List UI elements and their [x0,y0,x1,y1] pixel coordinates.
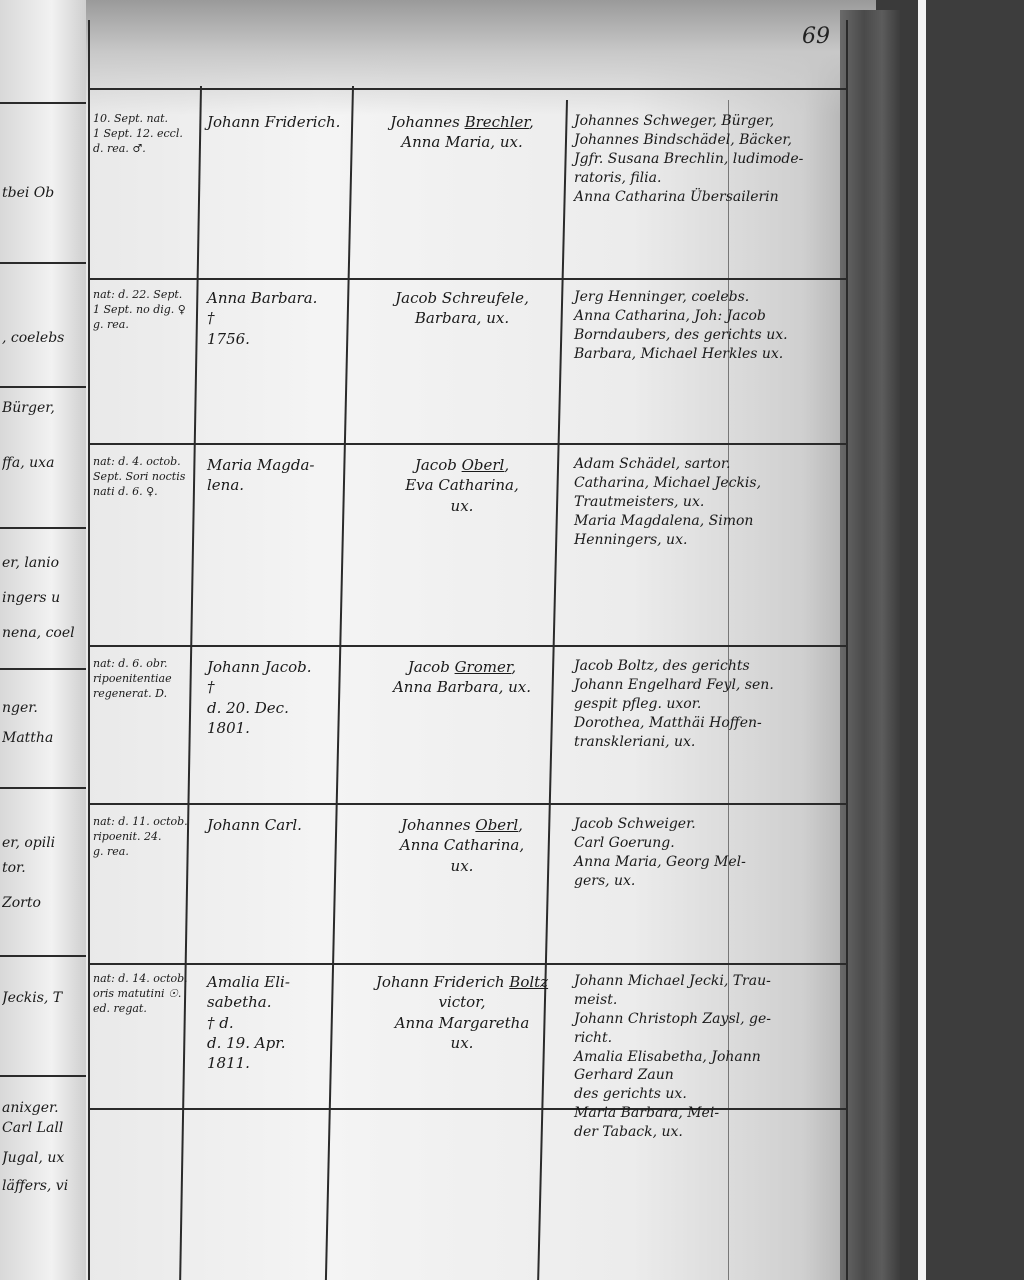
handwritten-line: transkleriani, ux. [574,733,842,752]
left-page-fragment: , coelebs [2,330,86,346]
entry-parents: Johannes Oberl,Anna Catharina,ux. [362,815,562,876]
handwritten-line: Maria Magda- [207,455,349,475]
handwritten-line: 1756. [207,329,349,349]
handwritten-line: richt. [574,1029,842,1048]
page-top-shadow [86,0,876,115]
handwritten-line: ux. [362,856,562,876]
handwritten-line: Barbara, ux. [362,308,562,328]
left-page-fragment: er, opili [2,835,86,851]
handwritten-line: Jacob Oberl, [362,455,562,475]
left-rule [0,262,86,264]
handwritten-line: † [207,308,349,328]
entry-godparents: Jerg Henninger, coelebs.Anna Catharina, … [574,288,842,364]
left-page-fragment: läffers, vi [2,1178,86,1194]
handwritten-line: 1 Sept. 12. eccl. [93,127,198,142]
handwritten-line: Johann Christoph Zaysl, ge- [574,1010,842,1029]
handwritten-line: d. rea. ♂. [93,142,198,157]
handwritten-line: 1 Sept. no dig. ♀ [93,303,198,318]
handwritten-line: Henningers, ux. [574,531,842,550]
handwritten-line: sabetha. [207,992,349,1012]
handwritten-line: der Taback, ux. [574,1123,842,1142]
handwritten-line: Jgfr. Susana Brechlin, ludimode- [574,150,842,169]
handwritten-line: gers, ux. [574,872,842,891]
handwritten-line: Anna Catharina, [362,835,562,855]
handwritten-line: ripoenit. 24. [93,830,198,845]
handwritten-line: Borndaubers, des gerichts ux. [574,326,842,345]
handwritten-line: Johannes Brechler, [362,112,562,132]
left-rule [0,1075,86,1077]
entry-child: Amalia Eli-sabetha.† d.d. 19. Apr.1811. [207,972,349,1073]
handwritten-line: 1811. [207,1053,349,1073]
entry-parents: Johann Friderich Boltzvictor,Anna Margar… [362,972,562,1053]
handwritten-line: g. rea. [93,318,198,333]
left-page-fragment: Jeckis, T [2,990,86,1006]
handwritten-line: Maria Barbara, Mei- [574,1104,842,1123]
entry-parents: Jacob Oberl,Eva Catharina,ux. [362,455,562,516]
left-page-fragment: nena, coel [2,625,86,641]
header-rule [88,88,848,90]
handwritten-line: lena. [207,475,349,495]
entry-godparents: Adam Schädel, sartor.Catharina, Michael … [574,455,842,549]
left-page-fragment: Jugal, ux [2,1150,86,1166]
left-rule [0,668,86,670]
row-rule [88,645,848,647]
handwritten-line: Anna Margaretha [362,1013,562,1033]
left-page-fragment: er, lanio [2,555,86,571]
handwritten-line: Eva Catharina, [362,475,562,495]
left-rule [0,527,86,529]
handwritten-line: Anna Maria, ux. [362,132,562,152]
handwritten-line: nat: d. 4. octob. [93,455,198,470]
handwritten-line: 1801. [207,718,349,738]
handwritten-line: † [207,677,349,697]
entry-child: Anna Barbara.†1756. [207,288,349,349]
handwritten-line: des gerichts ux. [574,1085,842,1104]
handwritten-line: d. 20. Dec. [207,698,349,718]
left-page-fragment: Carl Lall [2,1120,86,1136]
entry-parents: Johannes Brechler,Anna Maria, ux. [362,112,562,153]
handwritten-line: Sept. Sori noctis [93,470,198,485]
handwritten-line: 10. Sept. nat. [93,112,198,127]
handwritten-line: Jacob Schreufele, [362,288,562,308]
entry-godparents: Johann Michael Jecki, Trau-meist.Johann … [574,972,842,1142]
handwritten-line: Johann Engelhard Feyl, sen. [574,676,842,695]
entry-date: nat: d. 6. obr.ripoenitentiaeregenerat. … [93,657,198,702]
page-number: 69 [802,24,830,49]
handwritten-line: nat: d. 6. obr. [93,657,198,672]
entry-child: Johann Jacob.†d. 20. Dec.1801. [207,657,349,738]
handwritten-line: nati d. 6. ♀. [93,485,198,500]
left-page-fragment: ffa, uxa [2,455,86,471]
entry-parents: Jacob Gromer,Anna Barbara, ux. [362,657,562,698]
handwritten-line: Dorothea, Matthäi Hoffen- [574,714,842,733]
handwritten-line: Johannes Oberl, [362,815,562,835]
handwritten-line: Johannes Schweger, Bürger, [574,112,842,131]
handwritten-line: Amalia Eli- [207,972,349,992]
left-rule [0,386,86,388]
handwritten-line: Johann Jacob. [207,657,349,677]
handwritten-line: regenerat. D. [93,687,198,702]
handwritten-line: ratoris, filia. [574,169,842,188]
handwritten-line: Trautmeisters, ux. [574,493,842,512]
left-rule [0,955,86,957]
handwritten-line: gespit pfleg. uxor. [574,695,842,714]
handwritten-line: nat: d. 14. octob. [93,972,198,987]
handwritten-line: Anna Barbara. [207,288,349,308]
handwritten-line: Anna Catharina, Joh: Jacob [574,307,842,326]
entry-godparents: Johannes Schweger, Bürger,Johannes Binds… [574,112,842,206]
handwritten-line: Adam Schädel, sartor. [574,455,842,474]
left-page-fragment: anixger. [2,1100,86,1116]
handwritten-line: ux. [362,496,562,516]
handwritten-line: Johann Michael Jecki, Trau- [574,972,842,991]
handwritten-line: nat: d. 22. Sept. [93,288,198,303]
entry-child: Johann Friderich. [207,112,349,132]
entry-date: nat: d. 11. octob.ripoenit. 24.g. rea. [93,815,198,860]
entry-child: Maria Magda-lena. [207,455,349,496]
handwritten-line: Barbara, Michael Herkles ux. [574,345,842,364]
handwritten-line: oris matutini ☉. [93,987,198,1002]
row-rule [88,963,848,965]
scan-gap [918,0,926,1280]
left-page-fragment: Mattha [2,730,86,746]
entry-parents: Jacob Schreufele,Barbara, ux. [362,288,562,329]
handwritten-line: meist. [574,991,842,1010]
left-page-fragment: tor. [2,860,86,876]
handwritten-line: Jerg Henninger, coelebs. [574,288,842,307]
entry-date: nat: d. 4. octob.Sept. Sori noctisnati d… [93,455,198,500]
entry-date: nat: d. 14. octob.oris matutini ☉.ed. re… [93,972,198,1017]
entry-date: nat: d. 22. Sept.1 Sept. no dig. ♀g. rea… [93,288,198,333]
row-rule [88,443,848,445]
handwritten-line: ed. regat. [93,1002,198,1017]
handwritten-line: victor, [362,992,562,1012]
left-page-fragment: Bürger, [2,400,86,416]
handwritten-line: ux. [362,1033,562,1053]
handwritten-line: Johannes Bindschädel, Bäcker, [574,131,842,150]
left-rule [0,102,86,104]
row-rule [88,803,848,805]
left-page-fragment: Zorto [2,895,86,911]
entry-date: 10. Sept. nat.1 Sept. 12. eccl.d. rea. ♂… [93,112,198,157]
left-page-fragment: tbei Ob [2,185,86,201]
handwritten-line: Johann Friderich. [207,112,349,132]
handwritten-line: Johann Carl. [207,815,349,835]
scan-background [926,0,1024,1280]
handwritten-line: nat: d. 11. octob. [93,815,198,830]
handwritten-line: Gerhard Zaun [574,1066,842,1085]
entry-child: Johann Carl. [207,815,349,835]
left-page-fragment: ingers u [2,590,86,606]
handwritten-line: Anna Barbara, ux. [362,677,562,697]
column-line [846,20,848,1280]
handwritten-line: Jacob Boltz, des gerichts [574,657,842,676]
handwritten-line: Anna Maria, Georg Mel- [574,853,842,872]
left-rule [0,787,86,789]
handwritten-line: Catharina, Michael Jeckis, [574,474,842,493]
handwritten-line: Carl Goerung. [574,834,842,853]
book-edge [840,10,900,1280]
entry-godparents: Jacob Boltz, des gerichtsJohann Engelhar… [574,657,842,751]
handwritten-line: Jacob Gromer, [362,657,562,677]
handwritten-line: † d. [207,1013,349,1033]
row-rule [88,278,848,280]
handwritten-line: ripoenitentiae [93,672,198,687]
handwritten-line: Johann Friderich Boltz [362,972,562,992]
handwritten-line: g. rea. [93,845,198,860]
column-line [88,20,90,1280]
handwritten-line: Maria Magdalena, Simon [574,512,842,531]
handwritten-line: Amalia Elisabetha, Johann [574,1048,842,1067]
handwritten-line: Anna Catharina Übersailerin [574,188,842,207]
left-page-fragment: nger. [2,700,86,716]
handwritten-line: Jacob Schweiger. [574,815,842,834]
handwritten-line: d. 19. Apr. [207,1033,349,1053]
entry-godparents: Jacob Schweiger.Carl Goerung.Anna Maria,… [574,815,842,891]
